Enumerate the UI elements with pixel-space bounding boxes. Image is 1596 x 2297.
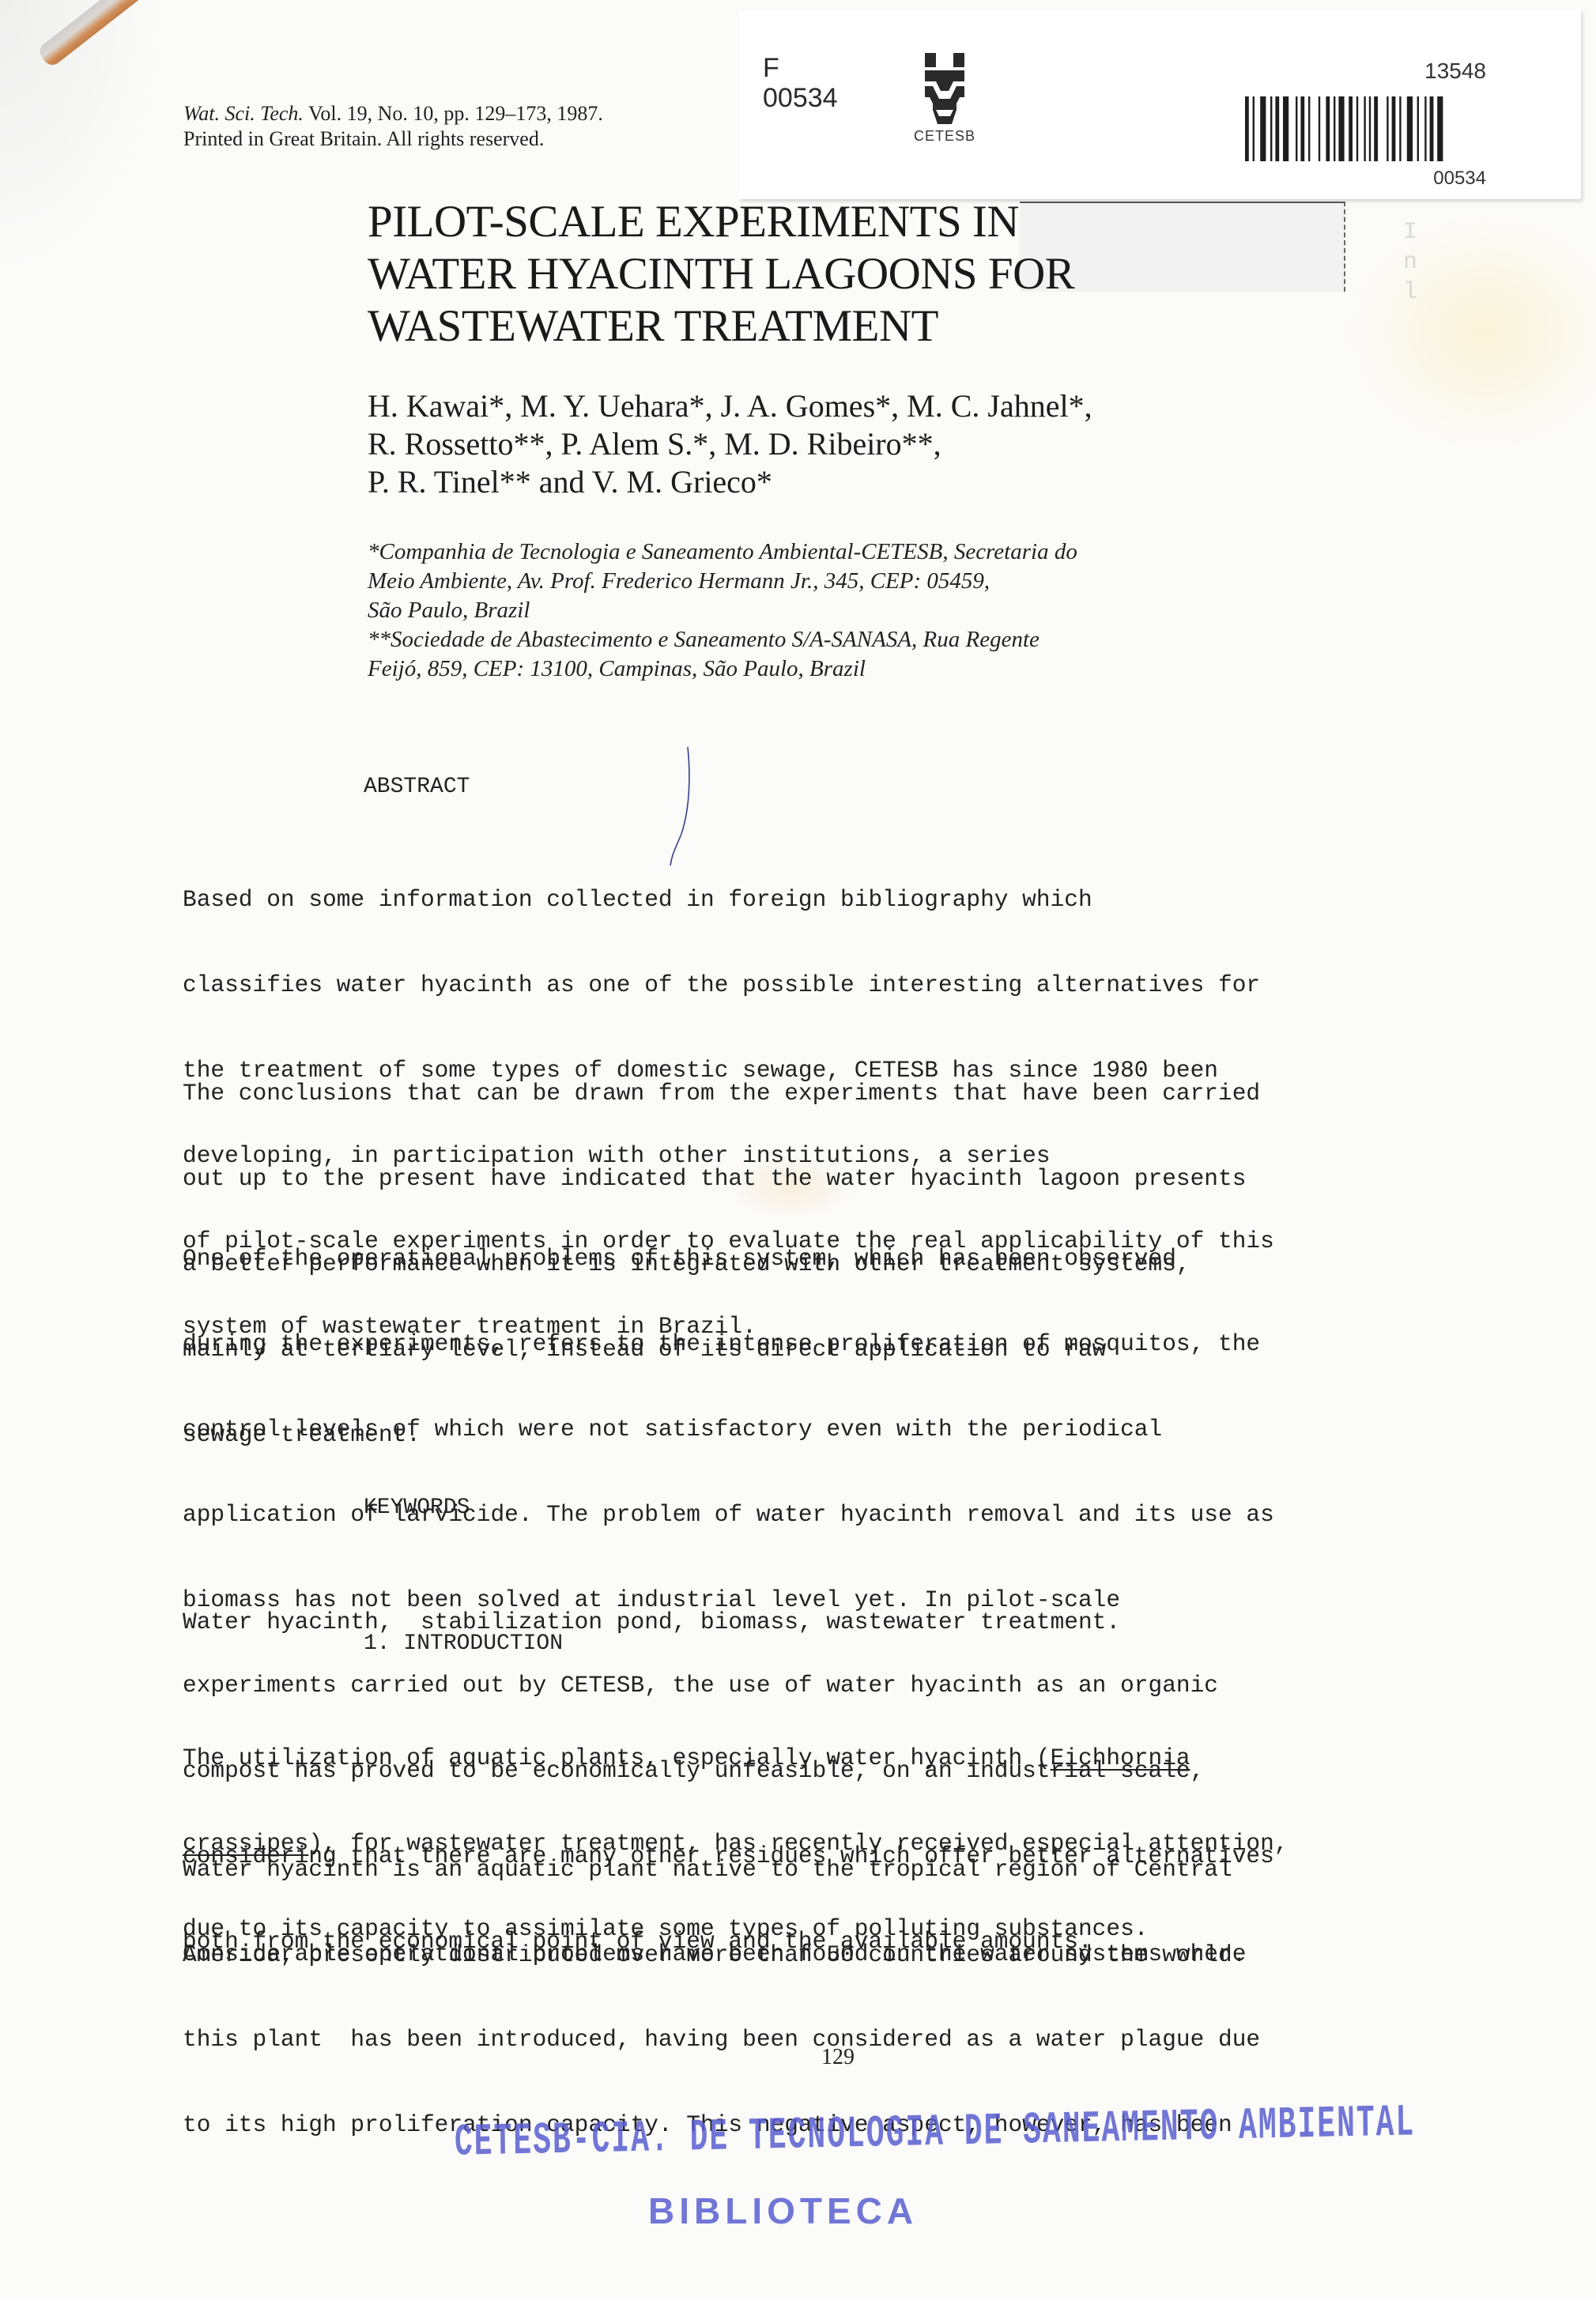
keywords-heading: KEYWORDS bbox=[364, 1496, 470, 1520]
page-number: 129 bbox=[790, 2045, 885, 2070]
keywords-text: Water hyacinth, stabilization pond, biom… bbox=[183, 1551, 1120, 1665]
text-line: Considerable operational problems have b… bbox=[183, 1940, 1260, 1968]
classification-letter: F bbox=[763, 53, 779, 83]
barcode-number-top: 13548 bbox=[1424, 58, 1486, 84]
text-line: The conclusions that can be drawn from t… bbox=[183, 1079, 1260, 1107]
text-line: Water hyacinth, stabilization pond, biom… bbox=[183, 1608, 1120, 1636]
affiliation-line: Feijó, 859, CEP: 13100, Campinas, São Pa… bbox=[368, 654, 1077, 684]
affiliations: *Companhia de Tecnologia e Saneamento Am… bbox=[368, 537, 1077, 684]
text-line: classifies water hyacinth as one of the … bbox=[183, 971, 1274, 999]
copyright-line: Printed in Great Britain. All rights res… bbox=[183, 126, 603, 152]
classification-code: 00534 bbox=[763, 83, 838, 114]
species-name: Eichhornia bbox=[1051, 1744, 1190, 1771]
paper-title: PILOT-SCALE EXPERIMENTS IN WATER HYACINT… bbox=[368, 196, 1074, 353]
journal-volume: Vol. 19, No. 10, pp. 129–173, 1987. bbox=[304, 102, 603, 125]
text-line: Based on some information collected in f… bbox=[183, 885, 1274, 914]
title-line: WATER HYACINTH LAGOONS FOR bbox=[368, 248, 1074, 300]
abstract-heading: ABSTRACT bbox=[364, 775, 470, 799]
barcode-number-bottom: 00534 bbox=[1433, 168, 1486, 190]
cetesb-logo-icon bbox=[925, 53, 964, 132]
title-line: PILOT-SCALE EXPERIMENTS IN bbox=[368, 196, 1074, 248]
authors-line: H. Kawai*, M. Y. Uehara*, J. A. Gomes*, … bbox=[368, 387, 1092, 425]
text-span: The utilization of aquatic plants, espec… bbox=[183, 1744, 1051, 1771]
text-line: control levels of which were not satisfa… bbox=[183, 1415, 1274, 1443]
library-stamp-biblioteca: BIBLIOTECA bbox=[648, 2190, 918, 2232]
title-line: WASTEWATER TREATMENT bbox=[368, 300, 1074, 353]
authors-line: R. Rossetto**, P. Alem S.*, M. D. Ribeir… bbox=[368, 425, 1092, 463]
barcode-icon bbox=[1245, 96, 1498, 161]
journal-abbrev: Wat. Sci. Tech. bbox=[183, 102, 304, 125]
library-label: F 00534 CETESB 13548 00534 bbox=[739, 9, 1581, 199]
text-line: One of the operational problems of this … bbox=[183, 1244, 1274, 1273]
text-line: Water hyacinth is an aquatic plant nativ… bbox=[183, 1855, 1246, 1884]
journal-citation: Wat. Sci. Tech. Vol. 19, No. 10, pp. 129… bbox=[183, 101, 603, 152]
bleed-through-text: Inl bbox=[1403, 217, 1417, 307]
affiliation-line: Meio Ambiente, Av. Prof. Frederico Herma… bbox=[368, 567, 1077, 596]
affiliation-line: **Sociedade de Abastecimento e Saneament… bbox=[368, 625, 1077, 654]
cetesb-logo-text: CETESB bbox=[913, 128, 976, 145]
author-list: H. Kawai*, M. Y. Uehara*, J. A. Gomes*, … bbox=[368, 387, 1092, 501]
introduction-heading: 1. INTRODUCTION bbox=[364, 1631, 563, 1656]
affiliation-line: *Companhia de Tecnologia e Saneamento Am… bbox=[368, 537, 1077, 567]
text-line: application of larvicide. The problem of… bbox=[183, 1500, 1274, 1529]
affiliation-line: São Paulo, Brazil bbox=[368, 596, 1077, 625]
authors-line: P. R. Tinel** and V. M. Grieco* bbox=[368, 463, 1092, 501]
text-line: during the experiments, refers to the in… bbox=[183, 1330, 1274, 1358]
text-line: this plant has been introduced, having b… bbox=[183, 2025, 1260, 2054]
